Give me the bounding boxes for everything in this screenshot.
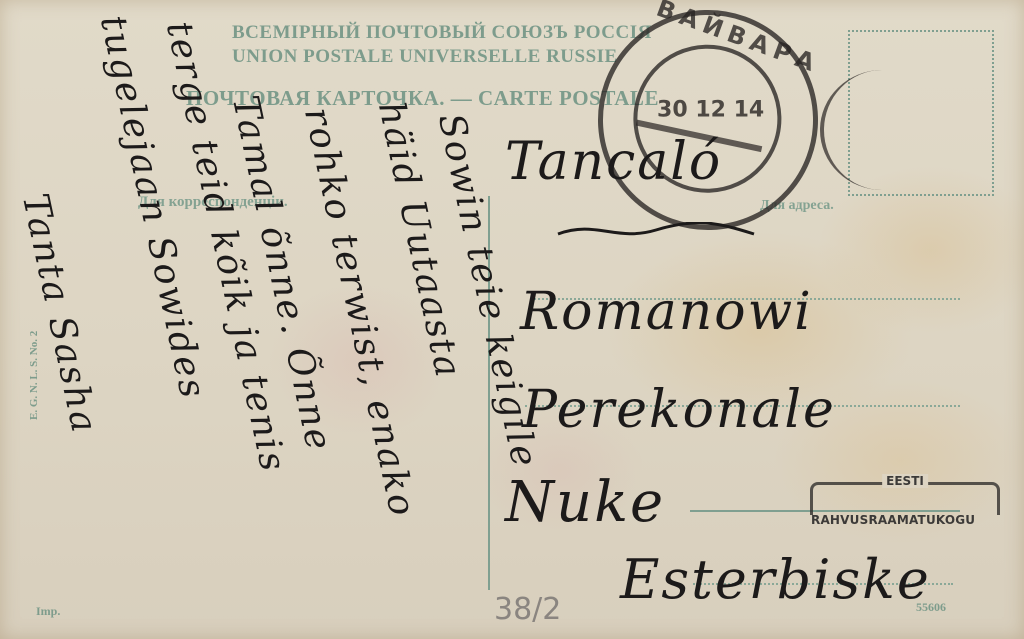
underline-flourish [556,222,756,240]
postmark-date: 30 12 14 [641,97,781,122]
header-french-union: UNION POSTALE UNIVERSELLE RUSSIE [232,46,618,68]
address-line-family: Perekonale [522,380,836,440]
library-stamp: EESTI RAHVUSRAAMATUKOGU [810,482,1000,515]
postmark-partial-arc [820,70,944,190]
pencil-archive-note: 38/2 [494,592,561,627]
library-stamp-bottom: RAHVUSRAAMATUKOGU [811,513,975,527]
address-line-place: Nuke [505,470,665,535]
address-line-recipient: Tancaló [505,132,722,192]
postcard-back: ВСЕМIРНЫЙ ПОЧТОВЫЙ СОЮЗЪ РОССIЯ UNION PO… [0,0,1024,639]
header-russian-union: ВСЕМIРНЫЙ ПОЧТОВЫЙ СОЮЗЪ РОССIЯ [232,22,652,44]
publisher-mark-vertical: E. G. N. L. S. No. 2 [28,331,40,420]
address-line-region: Esterbiske [620,548,931,611]
address-line-name: Romanowi [520,282,813,342]
imprint-label: Imp. [36,604,60,619]
library-stamp-top: EESTI [882,474,928,488]
